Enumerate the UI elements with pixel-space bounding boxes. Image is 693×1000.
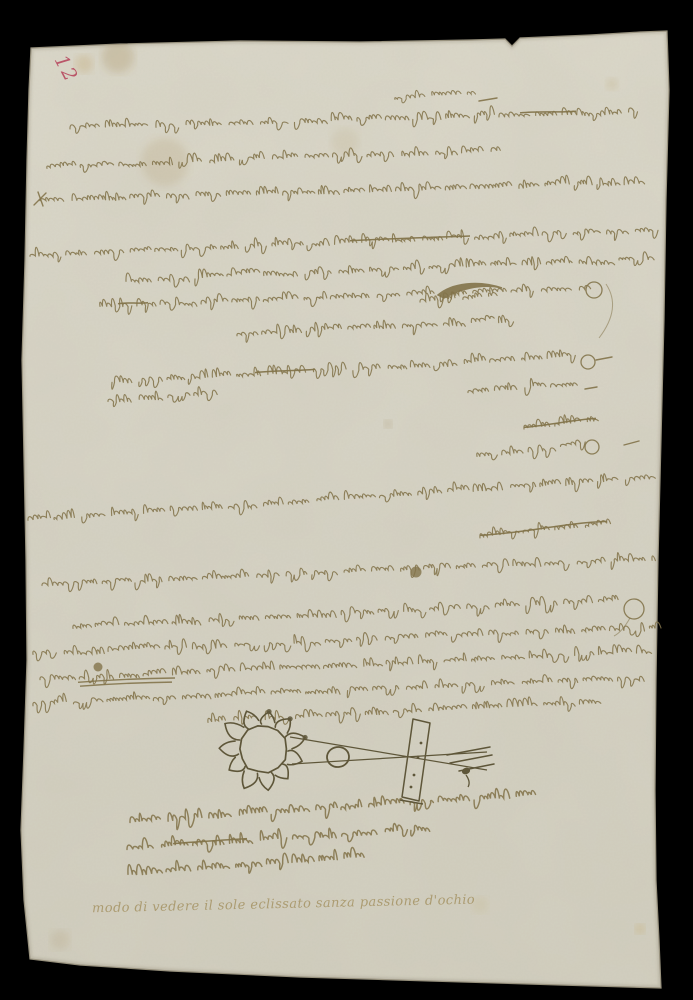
manuscript-photo: 12 modo di vedere il sole eclissato sanz… [0,0,693,1000]
manuscript-page-svg [0,0,693,1000]
paper-texture [0,0,693,1000]
